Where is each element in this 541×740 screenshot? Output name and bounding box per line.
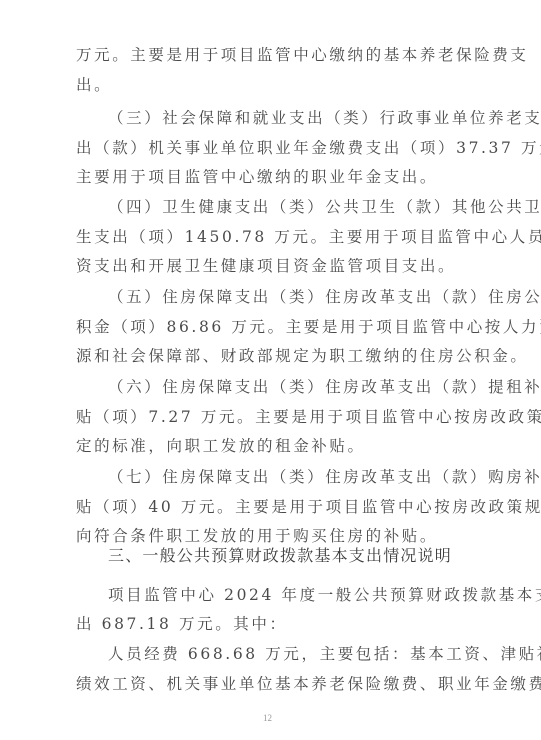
paragraph-line: 资支出和开展卫生健康项目资金监管项目支出。 (76, 256, 466, 276)
paragraph-line: 主要用于项目监管中心缴纳的职业年金支出。 (76, 167, 466, 187)
paragraph-line: （四）卫生健康支出（类）公共卫生（款）其他公共卫 (108, 197, 498, 217)
paragraph-line: 万元。主要是用于项目监管中心缴纳的基本养老保险费支 (76, 45, 466, 65)
page-number: 12 (263, 713, 272, 723)
paragraph-line: 定的标准，向职工发放的租金补贴。 (76, 436, 466, 456)
paragraph-line: （六）住房保障支出（类）住房改革支出（款）提租补 (108, 377, 498, 397)
paragraph-line: 项目监管中心 2024 年度一般公共预算财政拨款基本支 (108, 585, 498, 605)
paragraph-line: （七）住房保障支出（类）住房改革支出（款）购房补 (108, 467, 498, 487)
paragraph-line: 人员经费 668.68 万元，主要包括：基本工资、津贴补贴、 (108, 644, 498, 664)
paragraph-line: （五）住房保障支出（类）住房改革支出（款）住房公 (108, 287, 498, 307)
paragraph-line: 绩效工资、机关事业单位基本养老保险缴费、职业年金缴费、 (76, 674, 466, 694)
paragraph-line: 贴（项）40 万元。主要是用于项目监管中心按房改政策规定， (76, 497, 466, 517)
paragraph-line: （三）社会保障和就业支出（类）行政事业单位养老支 (108, 108, 498, 128)
document-page: 万元。主要是用于项目监管中心缴纳的基本养老保险费支出。（三）社会保障和就业支出（… (0, 0, 541, 740)
paragraph-line: 出（款）机关事业单位职业年金缴费支出（项）37.37 万元。 (76, 138, 466, 158)
paragraph-line: 出 687.18 万元。其中： (76, 614, 466, 634)
paragraph-line: 生支出（项）1450.78 万元。主要用于项目监管中心人员工 (76, 227, 466, 247)
paragraph-line: 出。 (76, 75, 466, 95)
section-heading: 三、一般公共预算财政拨款基本支出情况说明 (108, 546, 498, 566)
paragraph-line: 贴（项）7.27 万元。主要是用于项目监管中心按房改政策规 (76, 407, 466, 427)
paragraph-line: 积金（项）86.86 万元。主要是用于项目监管中心按人力资 (76, 317, 466, 337)
paragraph-line: 源和社会保障部、财政部规定为职工缴纳的住房公积金。 (76, 346, 466, 366)
paragraph-line: 向符合条件职工发放的用于购买住房的补贴。 (76, 526, 466, 546)
